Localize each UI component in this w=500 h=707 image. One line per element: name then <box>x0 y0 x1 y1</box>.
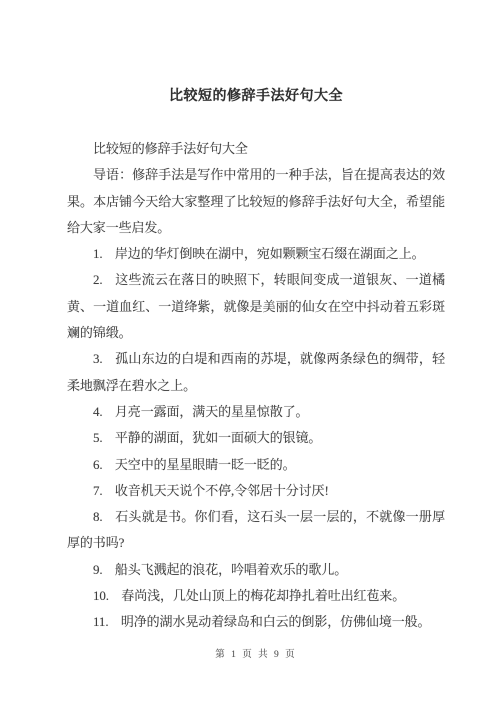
item-text: 船头飞溅起的浪花，吟唱着欢乐的歌儿。 <box>115 562 347 577</box>
document-body: 比较短的修辞手法好句大全 导语：修辞手法是写作中常用的一种手法，旨在提高表达的效… <box>67 136 445 636</box>
document-title: 比较短的修辞手法好句大全 <box>67 86 445 108</box>
list-item: 2.这些流云在落日的映照下，转眼间变成一道银灰、一道橘黄、一道血红、一道绛紫，就… <box>67 267 445 346</box>
item-text: 收音机天天说个不停,令邻居十分讨厌! <box>115 483 329 498</box>
item-text: 这些流云在落日的映照下，转眼间变成一道银灰、一道橘黄、一道血红、一道绛紫，就像是… <box>67 272 445 340</box>
item-number: 6. <box>93 457 103 472</box>
page-footer: 第 1 页 共 9 页 <box>67 646 445 660</box>
item-number: 8. <box>93 509 103 524</box>
item-text: 岸边的华灯倒映在湖中，宛如颗颗宝石缀在湖面之上。 <box>115 246 425 261</box>
list-item: 1.岸边的华灯倒映在湖中，宛如颗颗宝石缀在湖面之上。 <box>67 241 445 267</box>
list-item: 6.天空中的星星眼睛一眨一眨的。 <box>67 452 445 478</box>
item-number: 1. <box>93 246 103 261</box>
list-item: 3.孤山东边的白堤和西南的苏堤，就像两条绿色的绸带，轻柔地飘浮在碧水之上。 <box>67 346 445 399</box>
document-page: 比较短的修辞手法好句大全 比较短的修辞手法好句大全 导语：修辞手法是写作中常用的… <box>0 0 500 707</box>
list-item: 5.平静的湖面，犹如一面硕大的银镜。 <box>67 425 445 451</box>
list-item: 8.石头就是书。你们看，这石头一层一层的，不就像一册厚厚的书吗? <box>67 504 445 557</box>
item-number: 3. <box>93 351 103 366</box>
item-text: 月亮一露面，满天的星星惊散了。 <box>115 404 309 419</box>
item-number: 5. <box>93 430 103 445</box>
subtitle-line: 比较短的修辞手法好句大全 <box>67 136 445 162</box>
item-number: 10. <box>93 588 109 603</box>
list-item: 7.收音机天天说个不停,令邻居十分讨厌! <box>67 478 445 504</box>
item-text: 明净的湖水晃动着绿岛和白云的倒影，仿佛仙境一般。 <box>121 614 431 629</box>
list-item: 11.明净的湖水晃动着绿岛和白云的倒影，仿佛仙境一般。 <box>67 609 445 635</box>
item-number: 9. <box>93 562 103 577</box>
item-text: 孤山东边的白堤和西南的苏堤，就像两条绿色的绸带，轻柔地飘浮在碧水之上。 <box>67 351 445 392</box>
item-text: 石头就是书。你们看，这石头一层一层的，不就像一册厚厚的书吗? <box>67 509 445 550</box>
item-text: 春尚浅，几处山顶上的梅花却挣扎着吐出红苞来。 <box>121 588 405 603</box>
item-number: 2. <box>93 272 103 287</box>
list-item: 9.船头飞溅起的浪花，吟唱着欢乐的歌儿。 <box>67 557 445 583</box>
list-item: 10.春尚浅，几处山顶上的梅花却挣扎着吐出红苞来。 <box>67 583 445 609</box>
item-number: 4. <box>93 404 103 419</box>
item-number: 7. <box>93 483 103 498</box>
item-number: 11. <box>93 614 108 629</box>
list-item: 4.月亮一露面，满天的星星惊散了。 <box>67 399 445 425</box>
item-text: 平静的湖面，犹如一面硕大的银镜。 <box>115 430 321 445</box>
intro-paragraph: 导语：修辞手法是写作中常用的一种手法，旨在提高表达的效果。本店铺今天给大家整理了… <box>67 162 445 241</box>
item-text: 天空中的星星眼睛一眨一眨的。 <box>115 457 296 472</box>
